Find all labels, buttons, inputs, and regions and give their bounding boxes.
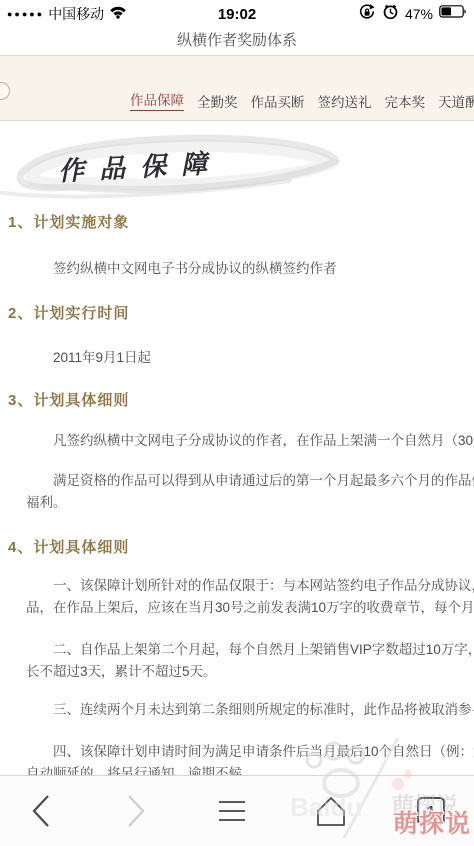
browser-toolbar: 1 xyxy=(0,775,474,846)
section-heading-3: 3、计划具体细则 xyxy=(8,389,474,410)
section-heading-1: 1、计划实施对象 xyxy=(8,211,474,232)
paragraph-line: 一、该保障计划所针对的作品仅限于：与本网站签约电子作品分成协议，并且在编辑允许上… xyxy=(26,575,474,597)
paragraph-line: 三、连续两个月未达到第二条细则所规定的标准时，此作品将被取消参与作者保障计划的资… xyxy=(26,699,474,721)
paragraph: 2011年9月1日起 xyxy=(0,347,474,369)
paragraph: 三、连续两个月未达到第二条细则所规定的标准时，此作品将被取消参与作者保障计划的资… xyxy=(0,699,474,721)
paragraph-line: 签约纵横中文网电子书分成协议的纵横签约作者 xyxy=(26,258,474,280)
paragraph: 一、该保障计划所针对的作品仅限于：与本网站签约电子作品分成协议，并且在编辑允许上… xyxy=(0,575,474,619)
nav-item-zuopin-maiduan[interactable]: 作品买断 xyxy=(251,91,305,111)
hamburger-menu-icon[interactable] xyxy=(218,798,246,824)
logo-partial-icon xyxy=(0,82,10,100)
paragraph: 凡签约纵横中文网电子分成协议的作者，在作品上架满一个自然月（30天）后，都可以向… xyxy=(0,430,474,452)
nav-item-qianyue-songli[interactable]: 签约送礼 xyxy=(318,91,372,111)
paragraph-line: 二、自作品上架第二个月起，每个自然月上架销售VIP字数超过10万字，每日更新VI… xyxy=(26,639,474,661)
paragraph-line: 凡签约纵横中文网电子分成协议的作者，在作品上架满一个自然月（30天）后，都可以向… xyxy=(26,430,474,452)
paragraph-line: 满足资格的作品可以得到从申请通过后的第一个月起最多六个月的作品保障，每个月可以获… xyxy=(26,470,474,492)
paragraph-line: 2011年9月1日起 xyxy=(26,347,474,369)
home-icon[interactable] xyxy=(315,795,347,827)
site-nav: 作品保障 全勤奖 作品买断 签约送礼 完本奖 天道酬勤 xyxy=(0,56,474,121)
nav-item-zuopin-baozhang[interactable]: 作品保障 xyxy=(130,89,184,111)
nav-item-wanben-jiang[interactable]: 完本奖 xyxy=(385,91,426,111)
forward-chevron-icon[interactable] xyxy=(123,792,149,830)
section-heading-4: 4、计划具体细则 xyxy=(8,536,474,557)
status-time: 19:02 xyxy=(0,6,474,23)
page-title: 纵横作者奖励体系 xyxy=(0,28,474,56)
paragraph-line: 品，在作品上架后，应该在当月30号之前发表满10万字的收费章节，每个月至少必须有… xyxy=(26,597,474,619)
section-heading-2: 2、计划实行时间 xyxy=(8,302,474,323)
paragraph: 签约纵横中文网电子书分成协议的纵横签约作者 xyxy=(0,258,474,280)
status-bar: ●●●●● 中国移动 19:02 xyxy=(0,0,474,28)
article-content: 1、计划实施对象 签约纵横中文网电子书分成协议的纵横签约作者 2、计划实行时间 … xyxy=(0,211,474,785)
phone-screen: ●●●●● 中国移动 19:02 xyxy=(0,0,474,846)
paragraph: 二、自作品上架第二个月起，每个自然月上架销售VIP字数超过10万字，每日更新VI… xyxy=(0,639,474,683)
tab-counter-icon[interactable]: 1 xyxy=(416,795,446,827)
nav-item-quanqin-jiang[interactable]: 全勤奖 xyxy=(197,91,238,111)
paragraph-line: 长不超过3天，累计不超过5天。 xyxy=(26,661,474,683)
svg-text:1: 1 xyxy=(427,804,436,821)
section-banner: 作品保障 xyxy=(0,121,474,201)
paragraph-line: 四、该保障计划申请时间为满足申请条件后当月最后10个自然日（例：第一次申请时间为… xyxy=(26,741,474,763)
nav-item-tiandao-choukin[interactable]: 天道酬勤 xyxy=(438,91,474,111)
paragraph-line: 福利。 xyxy=(26,492,474,514)
back-chevron-icon[interactable] xyxy=(28,792,54,830)
paragraph: 满足资格的作品可以得到从申请通过后的第一个月起最多六个月的作品保障，每个月可以获… xyxy=(0,470,474,514)
